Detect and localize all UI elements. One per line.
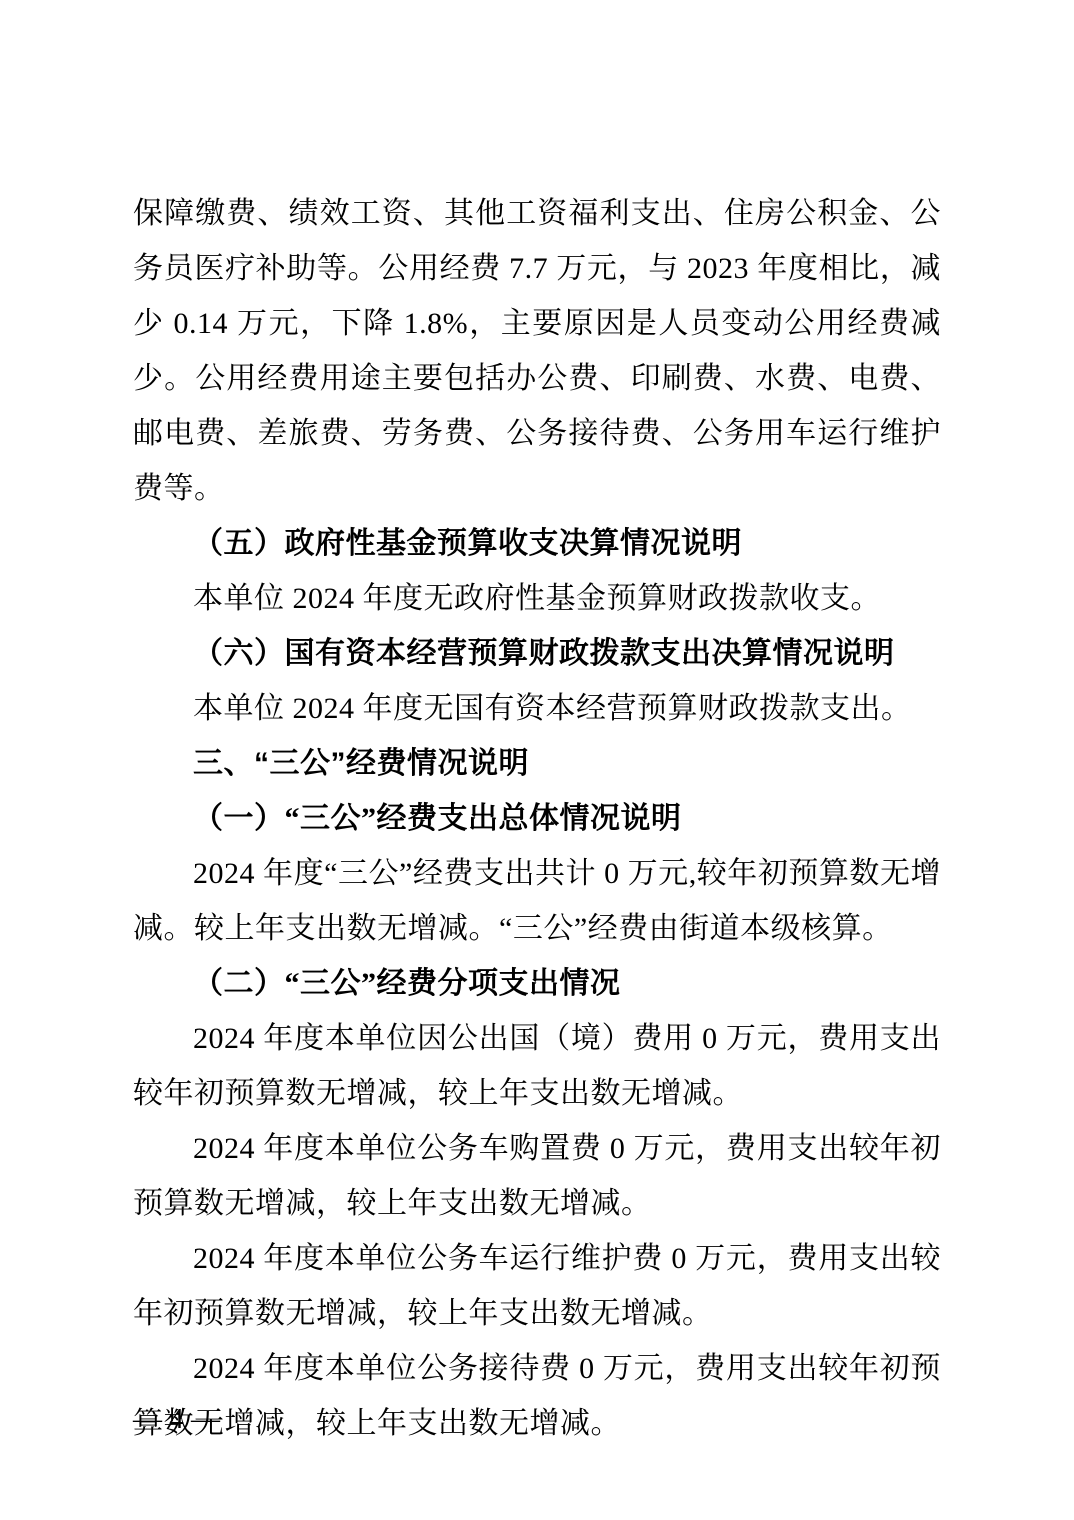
paragraph-vehicle-purchase-expense: 2024 年度本单位公务车购置费 0 万元，费用支出较年初预算数无增减，较上年支… xyxy=(133,1121,941,1231)
paragraph-abroad-expense: 2024 年度本单位因公出国（境）费用 0 万元，费用支出较年初预算数无增减，较… xyxy=(133,1011,941,1121)
heading-subsection-two: （二）“三公”经费分项支出情况 xyxy=(133,956,941,1011)
document-page: 保障缴费、绩效工资、其他工资福利支出、住房公积金、公务员医疗补助等。公用经费 7… xyxy=(0,0,1074,1520)
paragraph-gov-fund-budget: 本单位 2024 年度无政府性基金预算财政拨款收支。 xyxy=(133,571,941,626)
paragraph-total-expense: 2024 年度“三公”经费支出共计 0 万元,较年初预算数无增减。较上年支出数无… xyxy=(133,846,941,956)
page-number: — 4 — xyxy=(133,1402,220,1436)
heading-three-public-expenses: 三、“三公”经费情况说明 xyxy=(133,736,941,791)
paragraph-official-reception-expense: 2024 年度本单位公务接待费 0 万元，费用支出较年初预算数无增减，较上年支出… xyxy=(133,1341,941,1451)
paragraph-vehicle-maintenance-expense: 2024 年度本单位公务车运行维护费 0 万元，费用支出较年初预算数无增减，较上… xyxy=(133,1231,941,1341)
heading-section-six: （六）国有资本经营预算财政拨款支出决算情况说明 xyxy=(133,626,941,681)
heading-subsection-one: （一）“三公”经费支出总体情况说明 xyxy=(133,791,941,846)
paragraph-state-capital-budget: 本单位 2024 年度无国有资本经营预算财政拨款支出。 xyxy=(133,681,941,736)
heading-section-five: （五）政府性基金预算收支决算情况说明 xyxy=(133,516,941,571)
document-body: 保障缴费、绩效工资、其他工资福利支出、住房公积金、公务员医疗补助等。公用经费 7… xyxy=(133,186,941,1451)
paragraph-public-funds-continuation: 保障缴费、绩效工资、其他工资福利支出、住房公积金、公务员医疗补助等。公用经费 7… xyxy=(133,186,941,516)
